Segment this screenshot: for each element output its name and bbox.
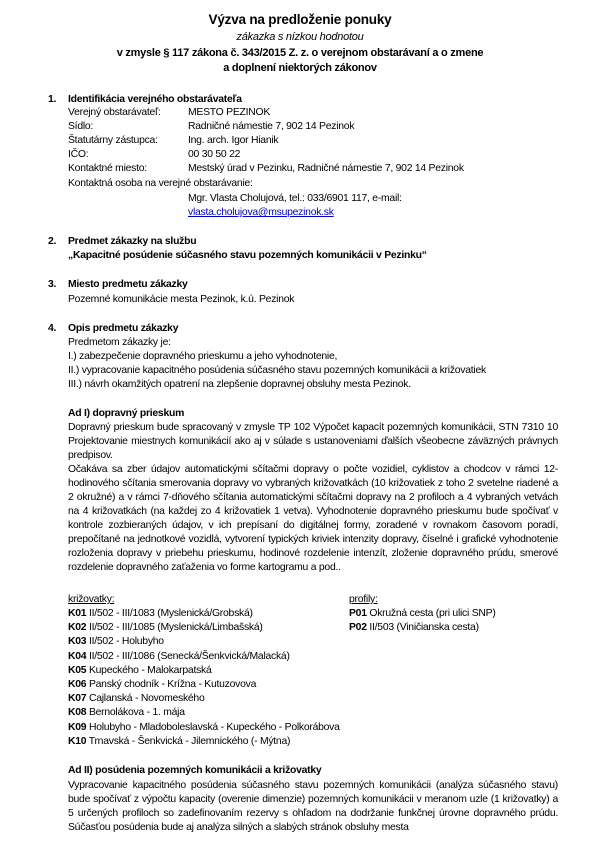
profile-name: II/503 (Viničianska cesta) bbox=[369, 622, 478, 633]
intersection-name: II/502 - III/1086 (Senecká/Šenkvická/Mal… bbox=[89, 651, 290, 662]
field-label-contact-person: Kontaktná osoba na verejné obstarávanie: bbox=[68, 178, 253, 189]
intersection-code: K09 bbox=[68, 722, 86, 733]
section-4-item-2: II.) vypracovanie kapacitného posúdenia … bbox=[68, 365, 486, 376]
field-value-contracting-authority: MESTO PEZINOK bbox=[188, 107, 270, 118]
field-value-contact-person: Mgr. Vlasta Cholujová, tel.: 033/6901 11… bbox=[188, 193, 402, 204]
field-label-statutory-representative: Štatutárny zástupca: bbox=[68, 135, 158, 146]
intersection-name: II/502 - III/1085 (Myslenická/Limbašská) bbox=[89, 622, 263, 633]
field-label-contact-place: Kontaktné miesto: bbox=[68, 163, 147, 174]
intersection-code: K02 bbox=[68, 622, 86, 633]
contact-email-link[interactable]: vlasta.cholujova@msupezinok.sk bbox=[188, 207, 334, 218]
list-item: K06 Panský chodník - Krížna - Kutuzovova bbox=[68, 678, 340, 692]
ad2-paragraph: Vypracovanie kapacitného posúdenia súčas… bbox=[68, 779, 558, 835]
section-1-heading: Identifikácia verejného obstarávateľa bbox=[68, 94, 242, 105]
field-value-statutory-representative: Ing. arch. Igor Hianik bbox=[188, 135, 278, 146]
section-4-item-3: III.) návrh okamžitých opatrení na zlepš… bbox=[68, 379, 411, 390]
section-4-intro: Predmetom zákazky je: bbox=[68, 337, 171, 348]
contract-location-text: Pozemné komunikácie mesta Pezinok, k.ú. … bbox=[68, 294, 294, 305]
profile-code: P02 bbox=[349, 622, 367, 633]
intersection-name: II/502 - Holubyho bbox=[89, 636, 164, 647]
intersections-list: K01 II/502 - III/1083 (Myslenická/Grobsk… bbox=[68, 607, 340, 749]
intersection-code: K07 bbox=[68, 693, 86, 704]
intersection-name: Holubyho - Mladoboleslavská - Kupeckého … bbox=[89, 722, 340, 733]
intersection-code: K01 bbox=[68, 608, 86, 619]
list-item: P01 Okružná cesta (pri ulici SNP) bbox=[349, 607, 496, 621]
intersection-name: II/502 - III/1083 (Myslenická/Grobská) bbox=[89, 608, 253, 619]
ad2-heading: Ad II) posúdenia pozemných komunikácii a… bbox=[68, 765, 321, 776]
law-reference-line-2: a doplnení niektorých zákonov bbox=[0, 62, 600, 74]
list-item: K03 II/502 - Holubyho bbox=[68, 635, 340, 649]
field-value-seat: Radničné námestie 7, 902 14 Pezinok bbox=[188, 121, 354, 132]
profile-code: P01 bbox=[349, 608, 367, 619]
list-item: K02 II/502 - III/1085 (Myslenická/Limbaš… bbox=[68, 621, 340, 635]
intersection-code: K08 bbox=[68, 707, 86, 718]
section-3-heading: Miesto predmetu zákazky bbox=[68, 279, 188, 290]
law-reference-line-1: v zmysle § 117 zákona č. 343/2015 Z. z. … bbox=[0, 47, 600, 59]
field-label-ico: IČO: bbox=[68, 149, 88, 160]
ad1-paragraph-1: Dopravný prieskum bude spracovaný v zmys… bbox=[68, 421, 558, 463]
field-value-ico: 00 30 50 22 bbox=[188, 149, 240, 160]
contract-subject-title: „Kapacitné posúdenie súčasného stavu poz… bbox=[68, 250, 427, 261]
ad1-body: Dopravný prieskum bude spracovaný v zmys… bbox=[68, 421, 558, 575]
intersection-code: K04 bbox=[68, 651, 86, 662]
section-1-number: 1. bbox=[48, 94, 56, 105]
field-label-seat: Sídlo: bbox=[68, 121, 93, 132]
ad1-heading: Ad I) dopravný prieskum bbox=[68, 408, 184, 419]
ad2-body: Vypracovanie kapacitného posúdenia súčas… bbox=[68, 779, 558, 835]
intersection-code: K05 bbox=[68, 665, 86, 676]
intersection-code: K06 bbox=[68, 679, 86, 690]
intersection-name: Bernolákova - 1. mája bbox=[89, 707, 185, 718]
section-4-number: 4. bbox=[48, 323, 56, 334]
ad1-paragraph-2: Očakáva sa zber údajov automatickými sčí… bbox=[68, 463, 558, 575]
list-item: P02 II/503 (Viničianska cesta) bbox=[349, 621, 496, 635]
intersection-name: Kupeckého - Malokarpatská bbox=[89, 665, 212, 676]
list-item: K10 Trnavská - Šenkvická - Jilemnického … bbox=[68, 735, 340, 749]
section-4-heading: Opis predmetu zákazky bbox=[68, 323, 178, 334]
intersection-code: K03 bbox=[68, 636, 86, 647]
intersection-code: K10 bbox=[68, 736, 86, 747]
section-3-number: 3. bbox=[48, 279, 56, 290]
document-subtitle: zákazka s nízkou hodnotou bbox=[0, 31, 600, 43]
section-2-number: 2. bbox=[48, 236, 56, 247]
section-2-heading: Predmet zákazky na službu bbox=[68, 236, 196, 247]
intersection-name: Trnavská - Šenkvická - Jilemnického (- M… bbox=[89, 736, 290, 747]
list-item: K07 Cajlanská - Novomeského bbox=[68, 692, 340, 706]
document-title: Výzva na predloženie ponuky bbox=[0, 12, 600, 27]
section-4-item-1: I.) zabezpečenie dopravného prieskumu a … bbox=[68, 351, 337, 362]
profiles-list: P01 Okružná cesta (pri ulici SNP) P02 II… bbox=[349, 607, 496, 635]
list-item: K04 II/502 - III/1086 (Senecká/Šenkvická… bbox=[68, 650, 340, 664]
field-label-contracting-authority: Verejný obstarávateľ: bbox=[68, 107, 161, 118]
intersection-name: Cajlanská - Novomeského bbox=[89, 693, 205, 704]
profile-name: Okružná cesta (pri ulici SNP) bbox=[369, 608, 495, 619]
field-value-contact-place: Mestský úrad v Pezinku, Radničné námesti… bbox=[188, 163, 464, 174]
intersections-label: križovatky: bbox=[68, 594, 114, 605]
intersection-name: Panský chodník - Krížna - Kutuzovova bbox=[89, 679, 256, 690]
profiles-label: profily: bbox=[349, 594, 378, 605]
list-item: K01 II/502 - III/1083 (Myslenická/Grobsk… bbox=[68, 607, 340, 621]
list-item: K09 Holubyho - Mladoboleslavská - Kupeck… bbox=[68, 721, 340, 735]
list-item: K08 Bernolákova - 1. mája bbox=[68, 706, 340, 720]
list-item: K05 Kupeckého - Malokarpatská bbox=[68, 664, 340, 678]
